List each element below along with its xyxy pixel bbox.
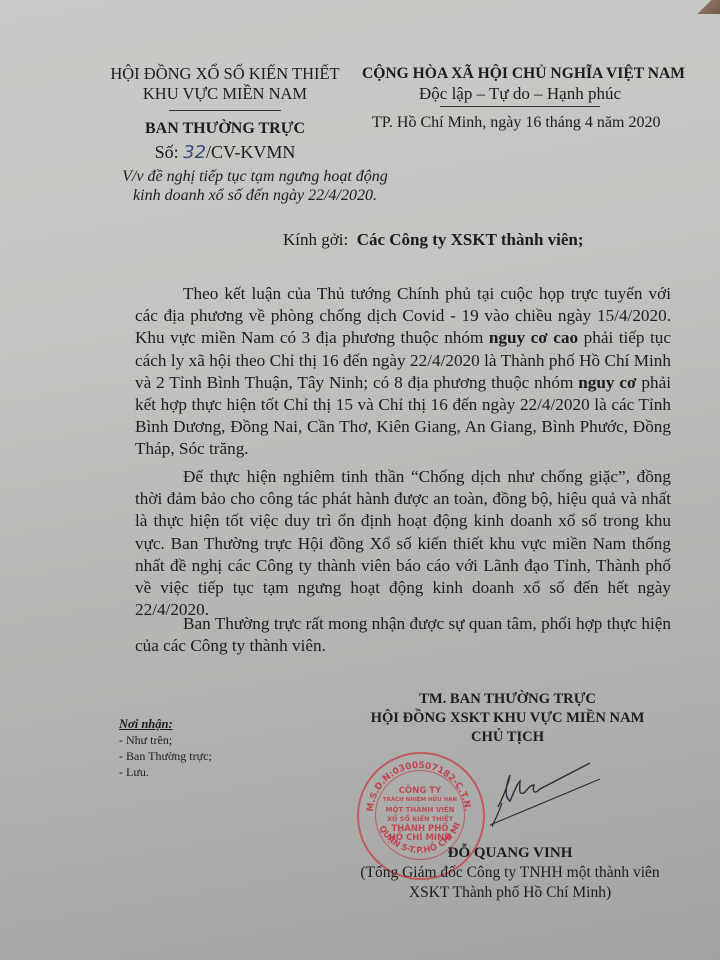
signature-title-line3: CHỦ TỊCH bbox=[335, 728, 680, 747]
national-header: CỘNG HÒA XÃ HỘI CHỦ NGHĨA VIỆT NAM Độc l… bbox=[362, 64, 678, 107]
motto-underline bbox=[440, 106, 600, 107]
stamp-line: TRÁCH NHIỆM HỮU HẠN bbox=[383, 796, 457, 806]
recipients-item: - Lưu. bbox=[119, 764, 212, 780]
subject-line1: V/v đề nghị tiếp tục tạm ngưng hoạt động bbox=[120, 167, 390, 186]
issuer-org-line1: HỘI ĐỒNG XỔ SỐ KIẾN THIẾT bbox=[110, 64, 340, 84]
body-p3-text: Ban Thường trực rất mong nhận được sự qu… bbox=[135, 613, 671, 657]
signature-block-title: TM. BAN THƯỜNG TRỰC HỘI ĐỒNG XSKT KHU VỰ… bbox=[335, 690, 680, 747]
background-corner bbox=[696, 0, 720, 14]
recipient-name: Các Công ty XSKT thành viên; bbox=[357, 230, 584, 249]
document-number-label: Số: bbox=[155, 142, 179, 162]
subject: V/v đề nghị tiếp tục tạm ngưng hoạt động… bbox=[120, 167, 390, 205]
place-date: TP. Hồ Chí Minh, ngày 16 tháng 4 năm 202… bbox=[372, 114, 660, 132]
signer-title-line2: XSKT Thành phố Hồ Chí Minh) bbox=[335, 883, 685, 903]
body-paragraph-2: Để thực hiện nghiêm tinh thần “Chống dịc… bbox=[135, 466, 671, 621]
issuer-header: HỘI ĐỒNG XỔ SỐ KIẾN THIẾT KHU VỰC MIỀN N… bbox=[110, 64, 340, 163]
document-number: Số: 32/CV-KVMN bbox=[110, 142, 340, 163]
stamp-line: MỘT THÀNH VIÊN bbox=[386, 806, 455, 816]
signature-title-line2: HỘI ĐỒNG XSKT KHU VỰC MIỀN NAM bbox=[335, 709, 680, 728]
document-number-handwritten: 32 bbox=[183, 142, 206, 163]
issuer-underline bbox=[169, 110, 281, 111]
signer-block: ĐỖ QUANG VINH (Tổng Giám đốc Công ty TNH… bbox=[335, 843, 685, 903]
stamp-line: CÔNG TY bbox=[399, 787, 441, 797]
national-motto: Độc lập – Tự do – Hạnh phúc bbox=[362, 84, 678, 104]
signature-title-line1: TM. BAN THƯỜNG TRỰC bbox=[335, 690, 680, 709]
signer-name: ĐỖ QUANG VINH bbox=[335, 843, 685, 863]
issuer-department: BAN THƯỜNG TRỰC bbox=[110, 119, 340, 139]
recipients-list: Nơi nhận: - Như trên; - Ban Thường trực;… bbox=[119, 716, 212, 780]
recipient-label: Kính gởi: bbox=[283, 230, 348, 249]
signer-title-line1: (Tổng Giám đốc Công ty TNHH một thành vi… bbox=[335, 863, 685, 883]
document-number-suffix: /CV-KVMN bbox=[206, 142, 295, 162]
body-paragraph-1: Theo kết luận của Thủ tướng Chính phủ tạ… bbox=[135, 283, 671, 461]
body-paragraph-3: Ban Thường trực rất mong nhận được sự qu… bbox=[135, 613, 671, 657]
body-p2-text: Để thực hiện nghiêm tinh thần “Chống dịc… bbox=[135, 466, 671, 621]
recipients-item: - Như trên; bbox=[119, 732, 212, 748]
recipients-item: - Ban Thường trực; bbox=[119, 748, 212, 764]
subject-line2: kinh doanh xổ số đến ngày 22/4/2020. bbox=[120, 186, 390, 205]
nation-title: CỘNG HÒA XÃ HỘI CHỦ NGHĨA VIỆT NAM bbox=[362, 64, 678, 84]
body-p1-emphasis-high-risk: nguy cơ cao bbox=[489, 328, 578, 347]
issuer-org-line2: KHU VỰC MIỀN NAM bbox=[110, 84, 340, 104]
body-p1-emphasis-risk: nguy cơ bbox=[578, 373, 636, 392]
recipient-line: Kính gởi: Các Công ty XSKT thành viên; bbox=[283, 230, 584, 250]
handwritten-signature bbox=[490, 755, 610, 845]
recipients-heading: Nơi nhận: bbox=[119, 716, 212, 732]
